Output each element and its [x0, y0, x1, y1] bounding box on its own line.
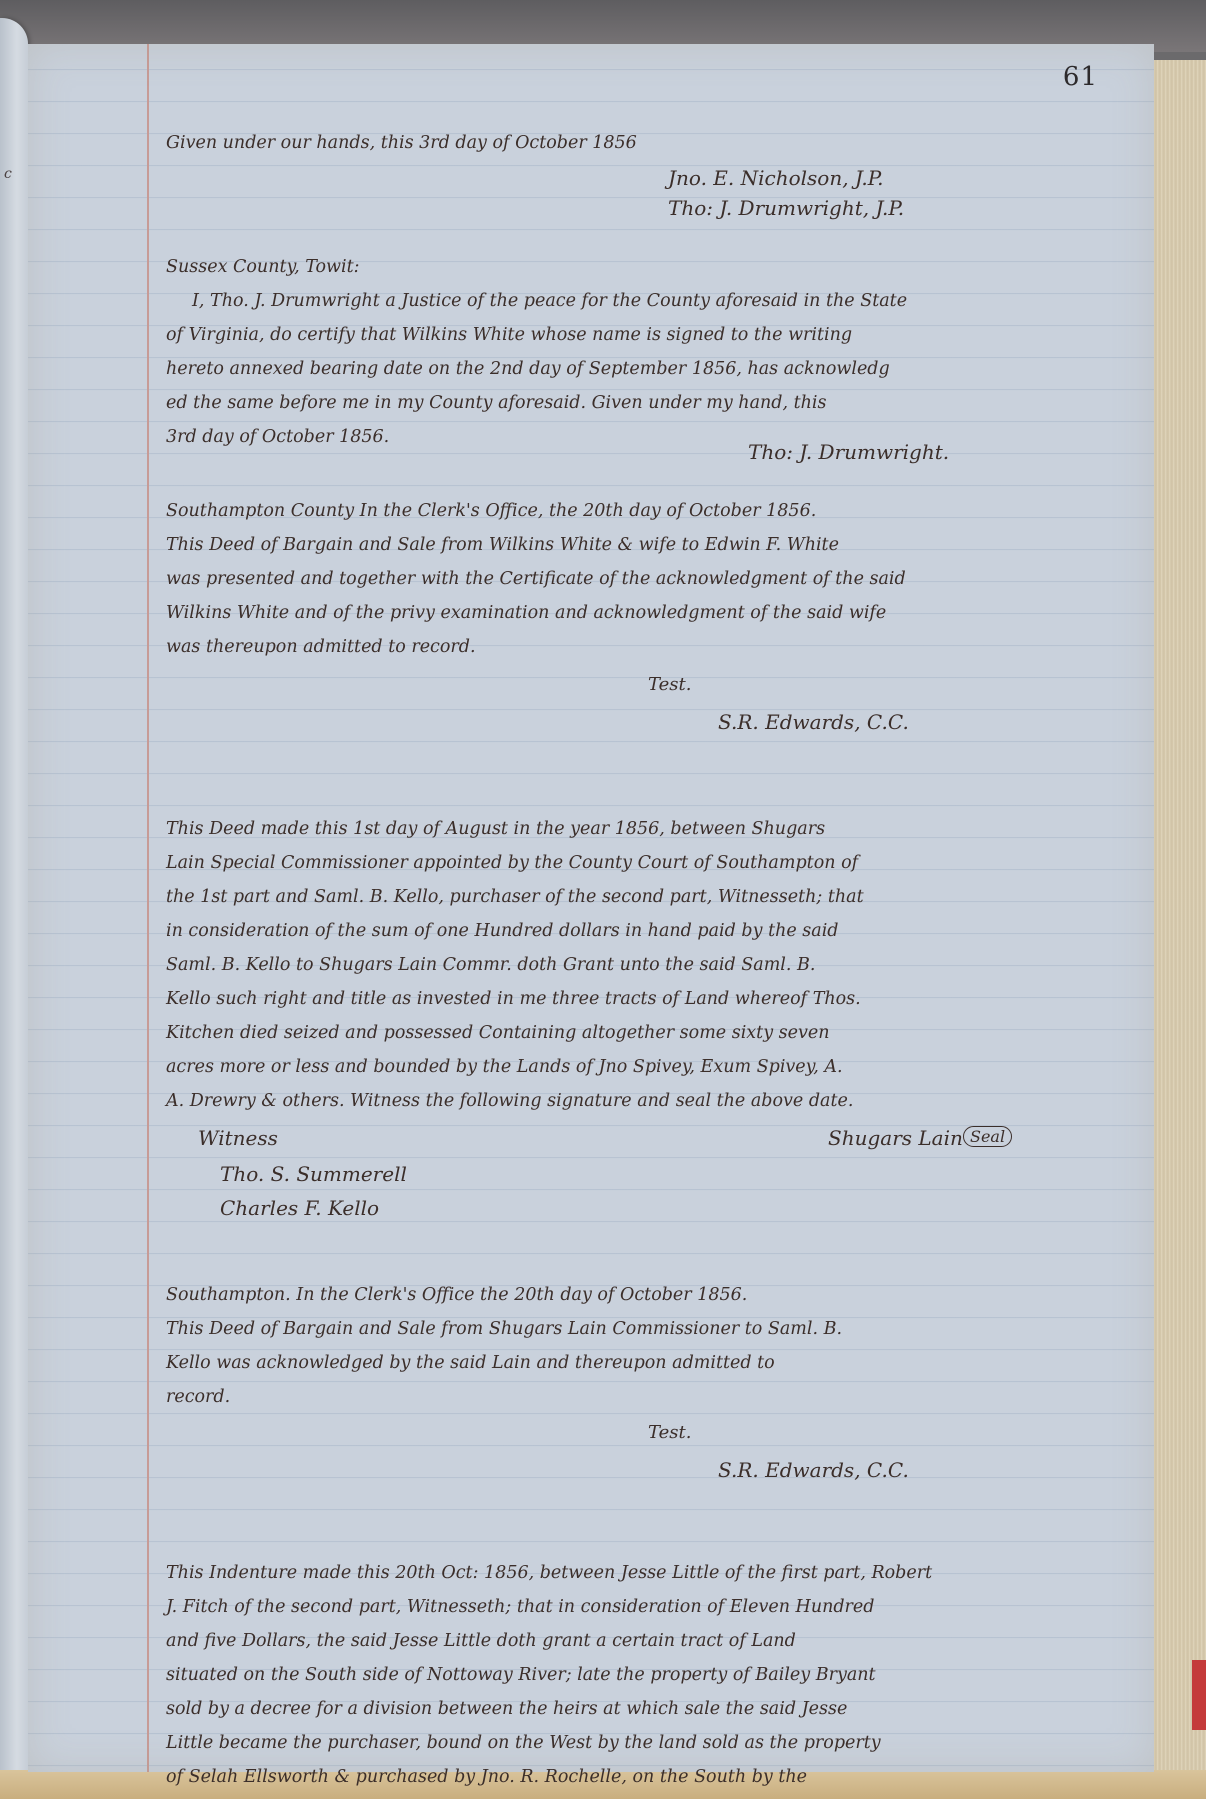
text-line: Given under our hands, this 3rd day of O… — [166, 126, 1046, 160]
ledger-page: 61 Given under our hands, this 3rd day o… — [28, 44, 1154, 1772]
text-line: Saml. B. Kello to Shugars Lain Commr. do… — [166, 948, 1046, 982]
red-ribbon-marker — [1192, 1660, 1206, 1730]
ledger-page-edges — [1150, 60, 1206, 1780]
text-line: This Deed of Bargain and Sale from Wilki… — [166, 528, 1046, 562]
text-line: and five Dollars, the said Jesse Little … — [166, 1624, 1046, 1658]
text-line: Southampton County In the Clerk's Office… — [166, 494, 1046, 528]
text-line: of Selah Ellsworth & purchased by Jno. R… — [166, 1760, 1046, 1794]
witness-2: Charles F. Kello — [220, 1196, 379, 1220]
text-line: ed the same before me in my County afore… — [166, 386, 1046, 420]
text-line: This Deed of Bargain and Sale from Shuga… — [166, 1312, 1046, 1346]
text-line: sold by a decree for a division between … — [166, 1692, 1046, 1726]
signature-clerk: S.R. Edwards, C.C. — [718, 1458, 909, 1482]
deed-kello: This Deed made this 1st day of August in… — [166, 812, 1046, 1118]
text-line: of Virginia, do certify that Wilkins Whi… — [166, 318, 1046, 352]
text-line: record. — [166, 1380, 1046, 1414]
left-page-text-fragment: c — [4, 166, 12, 182]
left-facing-page: c — [0, 18, 28, 1799]
text-line: This Deed made this 1st day of August in… — [166, 812, 1046, 846]
text-line: was presented and together with the Cert… — [166, 562, 1046, 596]
certificate-closing: Given under our hands, this 3rd day of O… — [166, 126, 1046, 160]
signature-justice-2: Tho: J. Drumwright, J.P. — [668, 196, 904, 220]
witness-label: Witness — [198, 1126, 278, 1150]
text-line: Kitchen died seized and possessed Contai… — [166, 1016, 1046, 1050]
sussex-certificate: Sussex County, Towit: I, Tho. J. Drumwri… — [166, 250, 1046, 454]
text-line: Lain Special Commissioner appointed by t… — [166, 846, 1046, 880]
text-line: Little became the purchaser, bound on th… — [166, 1726, 1046, 1760]
text-line: Southampton. In the Clerk's Office the 2… — [166, 1278, 1046, 1312]
text-line: in consideration of the sum of one Hundr… — [166, 914, 1046, 948]
signature-justice-1: Jno. E. Nicholson, J.P. — [668, 166, 884, 190]
text-line: I, Tho. J. Drumwright a Justice of the p… — [166, 284, 1046, 318]
signature-clerk: S.R. Edwards, C.C. — [718, 710, 909, 734]
page-number: 61 — [1063, 62, 1098, 92]
indenture-little-fitch: This Indenture made this 20th Oct: 1856,… — [166, 1556, 1046, 1794]
text-line: Sussex County, Towit: — [166, 250, 1046, 284]
attest-label: Test. — [648, 1422, 691, 1443]
text-line: J. Fitch of the second part, Witnesseth;… — [166, 1590, 1046, 1624]
text-line: acres more or less and bounded by the La… — [166, 1050, 1046, 1084]
signature-lain: Shugars Lain — [828, 1126, 963, 1150]
text-line: the 1st part and Saml. B. Kello, purchas… — [166, 880, 1046, 914]
text-line: hereto annexed bearing date on the 2nd d… — [166, 352, 1046, 386]
text-line: was thereupon admitted to record. — [166, 630, 1046, 664]
attest-label: Test. — [648, 674, 691, 695]
text-line: Kello was acknowledged by the said Lain … — [166, 1346, 1046, 1380]
text-line: This Indenture made this 20th Oct: 1856,… — [166, 1556, 1046, 1590]
text-line: A. Drewry & others. Witness the followin… — [166, 1084, 1046, 1118]
witness-1: Tho. S. Summerell — [220, 1162, 407, 1186]
clerk-record-2: Southampton. In the Clerk's Office the 2… — [166, 1278, 1046, 1414]
text-line: Wilkins White and of the privy examinati… — [166, 596, 1046, 630]
text-line: Kello such right and title as invested i… — [166, 982, 1046, 1016]
seal-mark: Seal — [963, 1126, 1012, 1147]
signature-drumwright: Tho: J. Drumwright. — [748, 440, 949, 464]
clerk-record-1: Southampton County In the Clerk's Office… — [166, 494, 1046, 664]
text-line: situated on the South side of Nottoway R… — [166, 1658, 1046, 1692]
